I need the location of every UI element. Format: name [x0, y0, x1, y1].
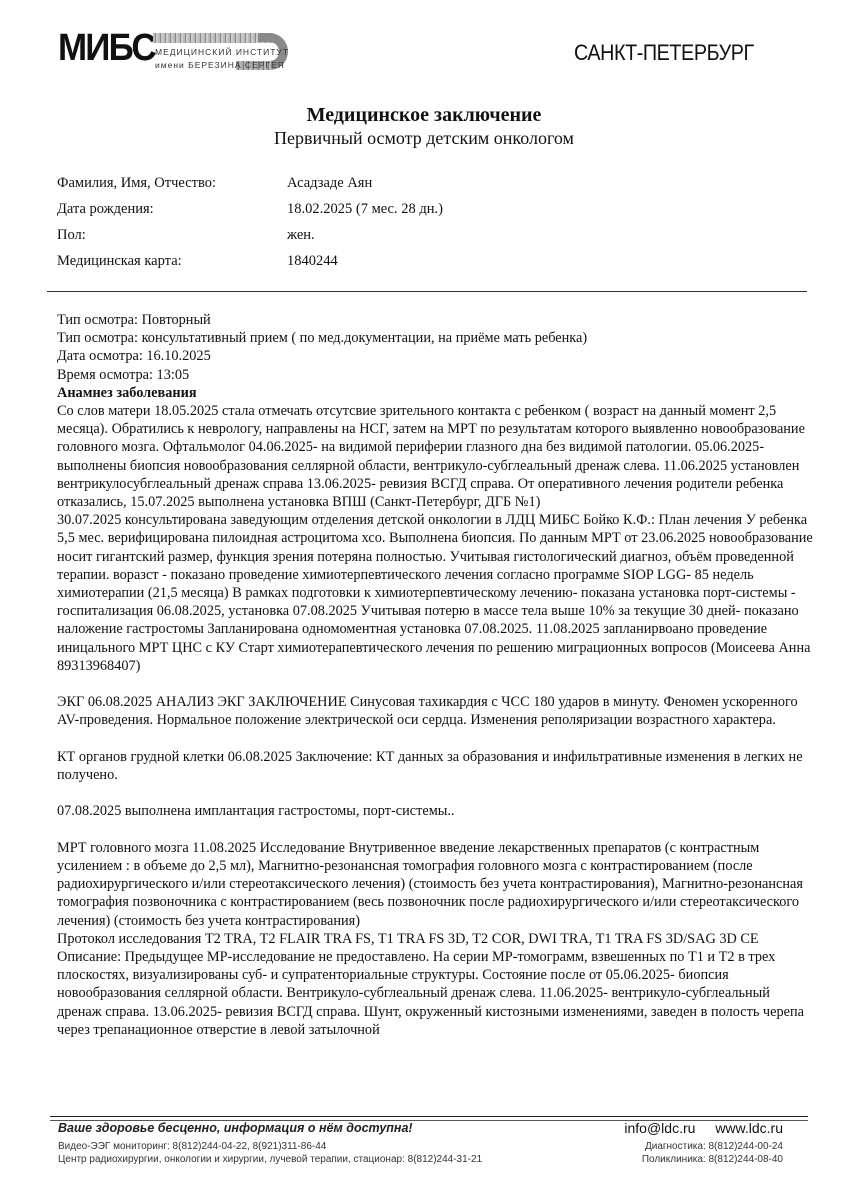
mri-description: Описание: Предыдущее МР-исследование не …	[57, 948, 817, 1039]
patient-row-name: Фамилия, Имя, Отчество: Асадзаде Аян	[57, 175, 443, 201]
exam-type-repeat: Тип осмотра: Повторный	[57, 311, 817, 329]
footer-center-phone: Центр радиохирургии, онкологии и хирурги…	[58, 1154, 482, 1165]
footer-eeg-phone: Видео-ЭЭГ мониторинг: 8(812)244-04-22, 8…	[58, 1141, 326, 1152]
field-value: 1840244	[287, 253, 338, 279]
exam-type-consult: Тип осмотра: консультативный прием ( по …	[57, 329, 817, 347]
logo-mark: МИБС	[58, 28, 155, 68]
patient-row-birthdate: Дата рождения: 18.02.2025 (7 мес. 28 дн.…	[57, 201, 443, 227]
anamnesis-paragraph-2: 30.07.2025 консультирована заведующим от…	[57, 511, 817, 675]
field-label: Дата рождения:	[57, 201, 287, 227]
document-title: Медицинское заключение	[0, 104, 848, 127]
field-label: Фамилия, Имя, Отчество:	[57, 175, 287, 201]
anamnesis-paragraph-1: Со слов матери 18.05.2025 стала отмечать…	[57, 402, 817, 511]
footer-clinic-phone: Поликлиника: 8(812)244-08-40	[642, 1154, 783, 1165]
exam-time: Время осмотра: 13:05	[57, 366, 817, 384]
spacer	[57, 821, 817, 839]
exam-date: Дата осмотра: 16.10.2025	[57, 347, 817, 365]
field-label: Медицинская карта:	[57, 253, 287, 279]
field-value: Асадзаде Аян	[287, 175, 372, 201]
report-body: Тип осмотра: Повторный Тип осмотра: конс…	[57, 311, 817, 1039]
spacer	[57, 784, 817, 802]
field-label: Пол:	[57, 227, 287, 253]
divider	[47, 291, 807, 292]
spacer	[57, 675, 817, 693]
logo-decoration	[153, 33, 273, 43]
implant-section: 07.08.2025 выполнена имплантация гастрос…	[57, 802, 817, 820]
institute-logo: МИБС МЕДИЦИНСКИЙ ИНСТИТУТ имени БЕРЕЗИНА…	[58, 28, 318, 78]
field-value: жен.	[287, 227, 315, 253]
footer-website[interactable]: www.ldc.ru	[715, 1120, 783, 1136]
city-name: САНКТ-ПЕТЕРБУРГ	[574, 40, 754, 66]
mri-protocol: Протокол исследования T2 TRA, T2 FLAIR T…	[57, 930, 817, 948]
ecg-section: ЭКГ 06.08.2025 АНАЛИЗ ЭКГ ЗАКЛЮЧЕНИЕ Син…	[57, 693, 817, 729]
patient-info: Фамилия, Имя, Отчество: Асадзаде Аян Дат…	[57, 175, 443, 279]
field-value: 18.02.2025 (7 мес. 28 дн.)	[287, 201, 443, 227]
patient-row-sex: Пол: жен.	[57, 227, 443, 253]
footer-contacts: info@ldc.ru www.ldc.ru	[624, 1120, 783, 1136]
footer-email[interactable]: info@ldc.ru	[624, 1120, 695, 1136]
logo-text-line1: МЕДИЦИНСКИЙ ИНСТИТУТ	[155, 47, 289, 57]
mri-section: МРТ головного мозга 11.08.2025 Исследова…	[57, 839, 817, 930]
footer-diagnostics-phone: Диагностика: 8(812)244-00-24	[645, 1141, 783, 1152]
logo-text-line2: имени БЕРЕЗИНА СЕРГЕЯ	[155, 60, 285, 70]
patient-row-card: Медицинская карта: 1840244	[57, 253, 443, 279]
ct-section: КТ органов грудной клетки 06.08.2025 Зак…	[57, 748, 817, 784]
document-subtitle: Первичный осмотр детским онкологом	[0, 128, 848, 149]
anamnesis-heading: Анамнез заболевания	[57, 384, 817, 402]
footer-slogan: Ваше здоровье бесценно, информация о нём…	[58, 1121, 413, 1135]
spacer	[57, 730, 817, 748]
